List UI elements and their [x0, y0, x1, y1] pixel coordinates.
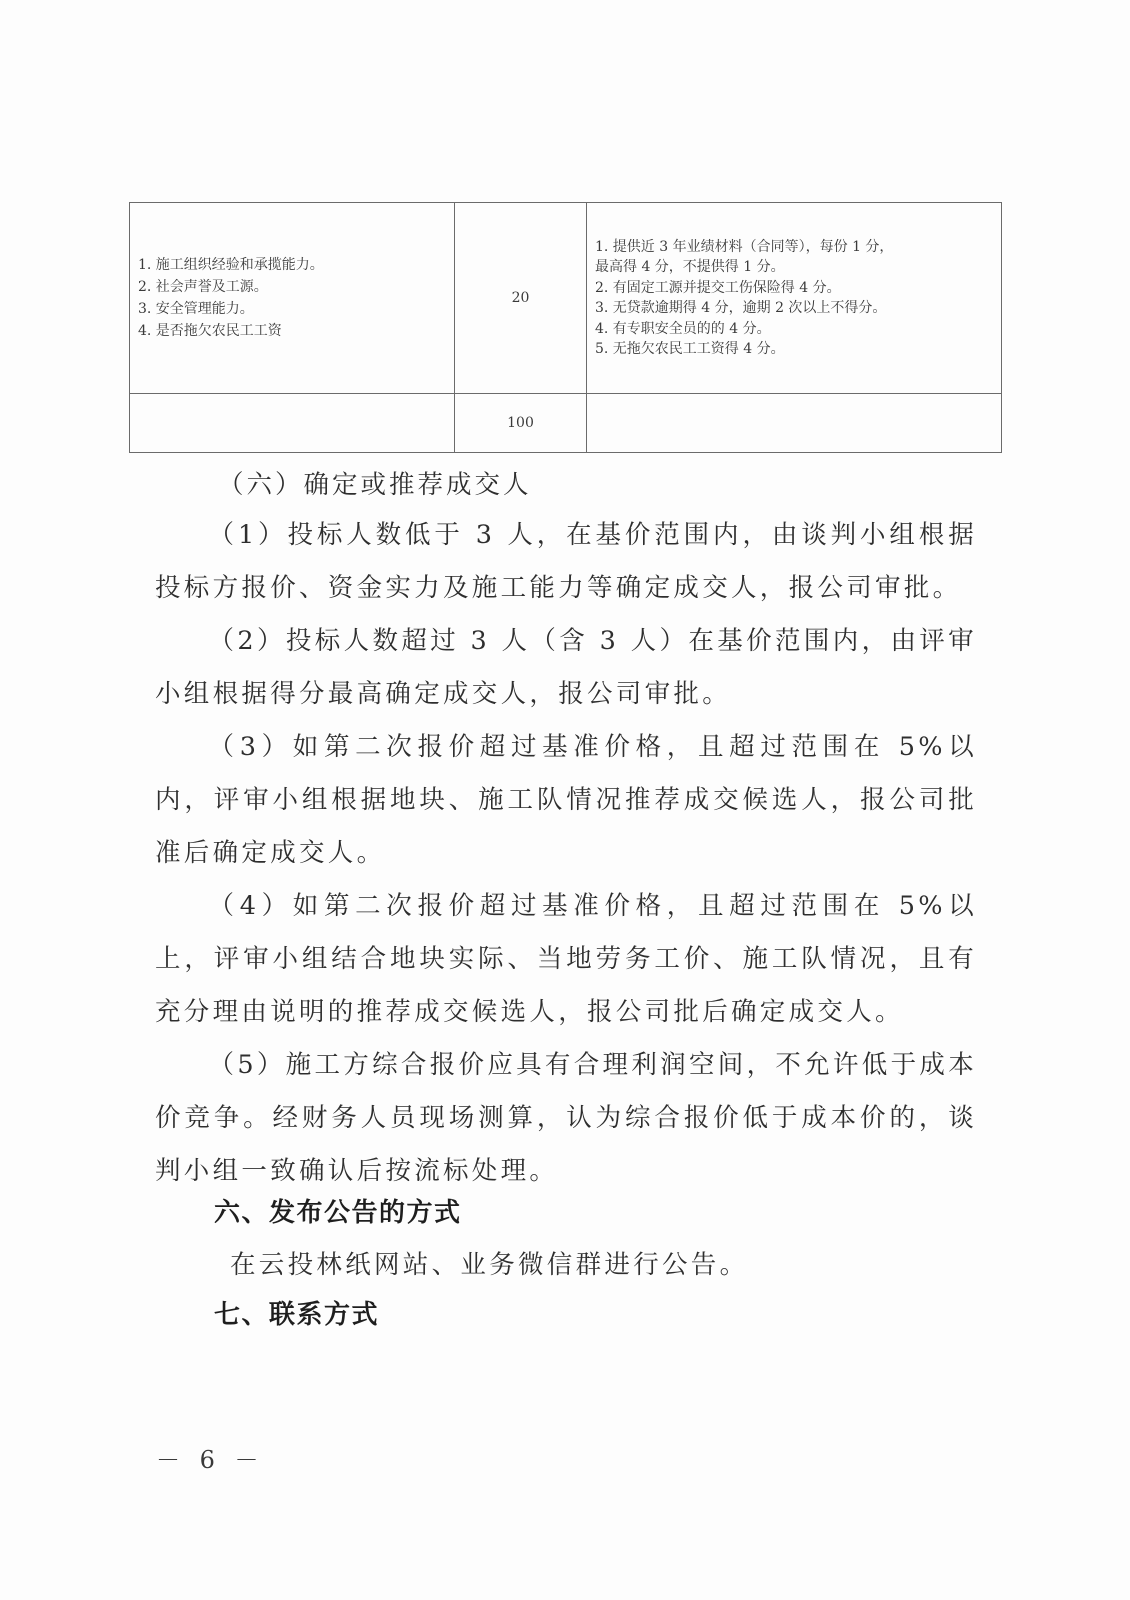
criteria-item: 3. 安全管理能力。	[138, 298, 446, 320]
criteria-item: 4. 是否拖欠农民工工资	[138, 320, 446, 342]
paragraph-item-3: （3）如第二次报价超过基准价格，且超过范围在 5%以内，评审小组根据地块、施工队…	[155, 721, 977, 880]
rule-item: 3. 无贷款逾期得 4 分，逾期 2 次以上不得分。	[595, 298, 993, 319]
paragraph-item-2: （2）投标人数超过 3 人（含 3 人）在基价范围内，由评审小组根据得分最高确定…	[155, 615, 977, 721]
criteria-cell: 1. 施工组织经验和承揽能力。 2. 社会声誉及工源。 3. 安全管理能力。 4…	[130, 203, 455, 394]
rule-item: 2. 有固定工源并提交工伤保险得 4 分。	[595, 278, 993, 299]
rules-cell: 1. 提供近 3 年业绩材料（合同等），每份 1 分， 最高得 4 分，不提供得…	[587, 203, 1002, 394]
section-heading-6: 六、发布公告的方式	[214, 1192, 462, 1229]
section-6-text: 在云投林纸网站、业务微信群进行公告。	[230, 1245, 748, 1281]
page-number: － 6 －	[156, 1440, 265, 1475]
score-cell: 20	[455, 203, 587, 394]
total-rules-cell	[587, 394, 1002, 453]
criteria-list: 1. 施工组织经验和承揽能力。 2. 社会声誉及工源。 3. 安全管理能力。 4…	[138, 254, 446, 342]
rule-item: 1. 提供近 3 年业绩材料（合同等），每份 1 分，	[595, 237, 993, 258]
criteria-item: 1. 施工组织经验和承揽能力。	[138, 254, 446, 276]
document-page: 1. 施工组织经验和承揽能力。 2. 社会声誉及工源。 3. 安全管理能力。 4…	[0, 0, 1130, 1600]
table-row-total: 100	[130, 394, 1002, 453]
total-label-cell	[130, 394, 455, 453]
paragraph-item-5: （5）施工方综合报价应具有合理利润空间，不允许低于成本价竞争。经财务人员现场测算…	[155, 1039, 977, 1198]
table-row: 1. 施工组织经验和承揽能力。 2. 社会声誉及工源。 3. 安全管理能力。 4…	[130, 203, 1002, 394]
subsection-heading: （六）确定或推荐成交人	[218, 465, 532, 501]
paragraph-item-4: （4）如第二次报价超过基准价格，且超过范围在 5%以上，评审小组结合地块实际、当…	[155, 880, 977, 1039]
rule-item: 最高得 4 分，不提供得 1 分。	[595, 257, 993, 278]
paragraph-item-1: （1）投标人数低于 3 人，在基价范围内，由谈判小组根据投标方报价、资金实力及施…	[155, 509, 977, 615]
scoring-table: 1. 施工组织经验和承揽能力。 2. 社会声誉及工源。 3. 安全管理能力。 4…	[129, 202, 1002, 453]
rule-item: 4. 有专职安全员的的 4 分。	[595, 319, 993, 340]
total-score-cell: 100	[455, 394, 587, 453]
section-heading-7: 七、联系方式	[214, 1294, 379, 1331]
criteria-item: 2. 社会声誉及工源。	[138, 276, 446, 298]
rule-item: 5. 无拖欠农民工工资得 4 分。	[595, 339, 993, 360]
rules-list: 1. 提供近 3 年业绩材料（合同等），每份 1 分， 最高得 4 分，不提供得…	[595, 237, 993, 360]
